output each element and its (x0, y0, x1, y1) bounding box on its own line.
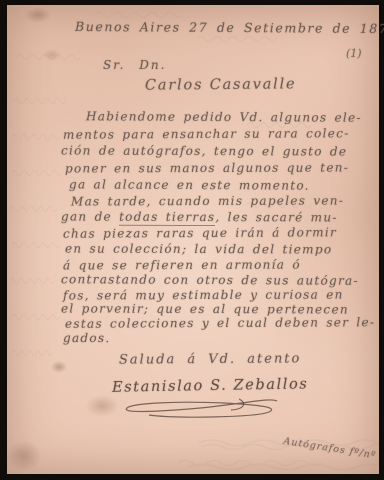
dateline: Buenos Aires 27 de Setiembre de 1877 (75, 19, 384, 36)
letter-photo: Buenos Aires 27 de Setiembre de 1877 (1)… (0, 0, 384, 480)
body-line: chas piezas raras que irán á dormir (63, 225, 337, 240)
salutation: Sr. Dn. (103, 58, 166, 72)
body-line: ción de autógrafos, tengo el gusto de (61, 144, 347, 159)
recipient-name: Carlos Casavalle (145, 76, 297, 93)
signature-flourish-icon (119, 395, 284, 425)
underlined-phrase: todas tierras (119, 210, 215, 226)
signature: Estanislao S. Zeballos (112, 376, 309, 395)
closing-line: Saluda á Vd. atento (119, 351, 301, 367)
body-line: contrastando con otros de sus autógra- (61, 272, 359, 288)
body-line: Mas tarde, cuando mis papeles ven- (71, 194, 344, 209)
body-line: el porvenir; que es al que pertenecen (61, 301, 349, 316)
stain (43, 49, 61, 61)
body-line-pre: gan de (61, 210, 119, 224)
body-line: poner en sus manos algunos que ten- (65, 161, 349, 176)
body-line: á que se refieren en armonía ó (63, 258, 301, 273)
body-line: en su colección; la vida del tiempo (65, 242, 332, 257)
stain (25, 7, 51, 23)
page-marker: (1) (346, 47, 362, 60)
stain (51, 361, 67, 373)
archival-note: Autógrafos fº/nº (283, 436, 377, 462)
letter-paper: Buenos Aires 27 de Setiembre de 1877 (1)… (7, 5, 379, 474)
stain (85, 395, 119, 417)
body-line: Habiendome pedido Vd. algunos ele- (86, 109, 362, 124)
body-line: mentos para ensanchar su rara colec- (63, 126, 350, 142)
body-line: estas colecciones y el cual deben ser le… (65, 315, 375, 331)
body-line: gan de todas tierras, les sacaré mu- (61, 210, 338, 225)
body-line: gados. (63, 331, 111, 345)
stain (7, 441, 41, 471)
body-line: ga al alcance en este momento. (69, 177, 310, 192)
body-line: fos, será muy estimable y curiosa en (63, 288, 344, 303)
body-line-post: , les sacaré mu- (215, 210, 337, 224)
